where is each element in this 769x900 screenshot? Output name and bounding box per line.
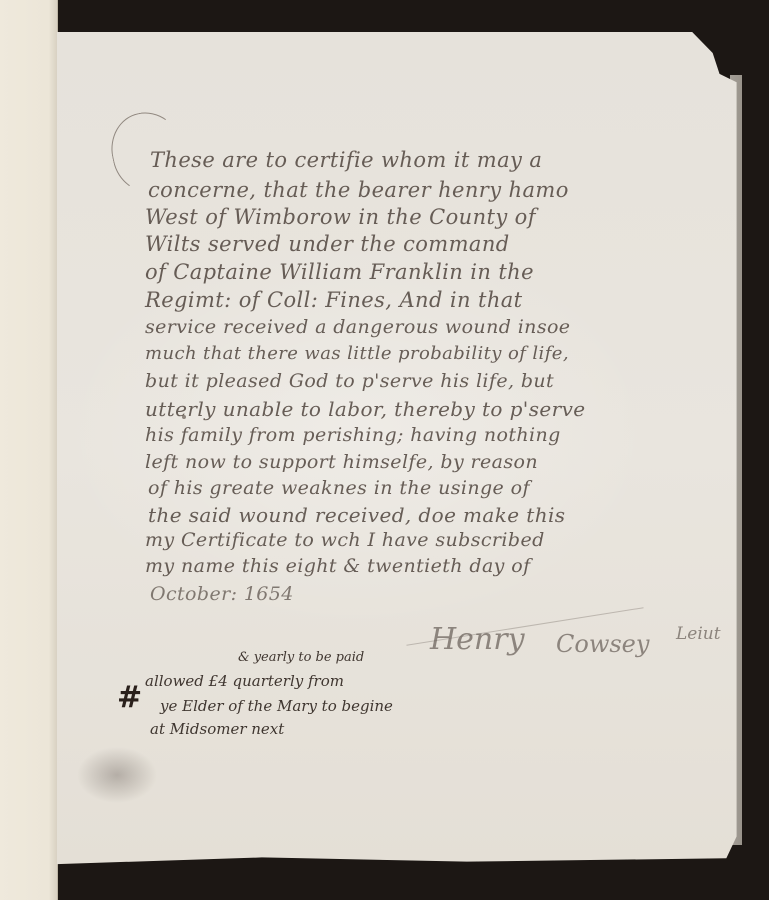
body-line: These are to certifie whom it may a	[150, 148, 542, 172]
signature-rank: Leiut	[676, 624, 721, 644]
annotation-line: ye Elder of the Mary to begine	[160, 697, 393, 715]
body-line: service received a dangerous wound insoe	[145, 316, 570, 338]
annotation-line: at Midsomer next	[150, 720, 284, 738]
body-line: of Captaine William Franklin in the	[145, 260, 534, 284]
signature-first-name: Henry	[430, 622, 525, 657]
annotation-line: allowed £4 quarterly from	[145, 672, 344, 690]
body-line: Regimt: of Coll: Fines, And in that	[145, 288, 523, 312]
signature-last-name: Cowsey	[556, 630, 649, 658]
hash-mark: #	[117, 680, 142, 715]
body-line: the said wound received, doe make this	[148, 503, 565, 527]
body-line: utterly unable to labor, thereby to p'se…	[145, 397, 586, 421]
archival-mount-board	[0, 0, 58, 900]
body-line: but it pleased God to p'serve his life, …	[145, 370, 554, 392]
body-line: concerne, that the bearer henry hamo	[148, 178, 569, 202]
body-line: his family from perishing; having nothin…	[145, 424, 561, 446]
body-line: my Certificate to wch I have subscribed	[145, 529, 545, 551]
annotation-line: & yearly to be paid	[238, 650, 364, 665]
body-line: left now to support himselfe, by reason	[145, 451, 538, 473]
body-line: my name this eight & twentieth day of	[145, 555, 531, 577]
body-line: much that there was little probability o…	[145, 343, 569, 364]
body-line: of his greate weaknes in the usinge of	[148, 477, 530, 499]
body-line: West of Wimborow in the County of	[145, 205, 536, 229]
date-line: October: 1654	[150, 583, 294, 605]
body-line: Wilts served under the command	[145, 232, 510, 256]
